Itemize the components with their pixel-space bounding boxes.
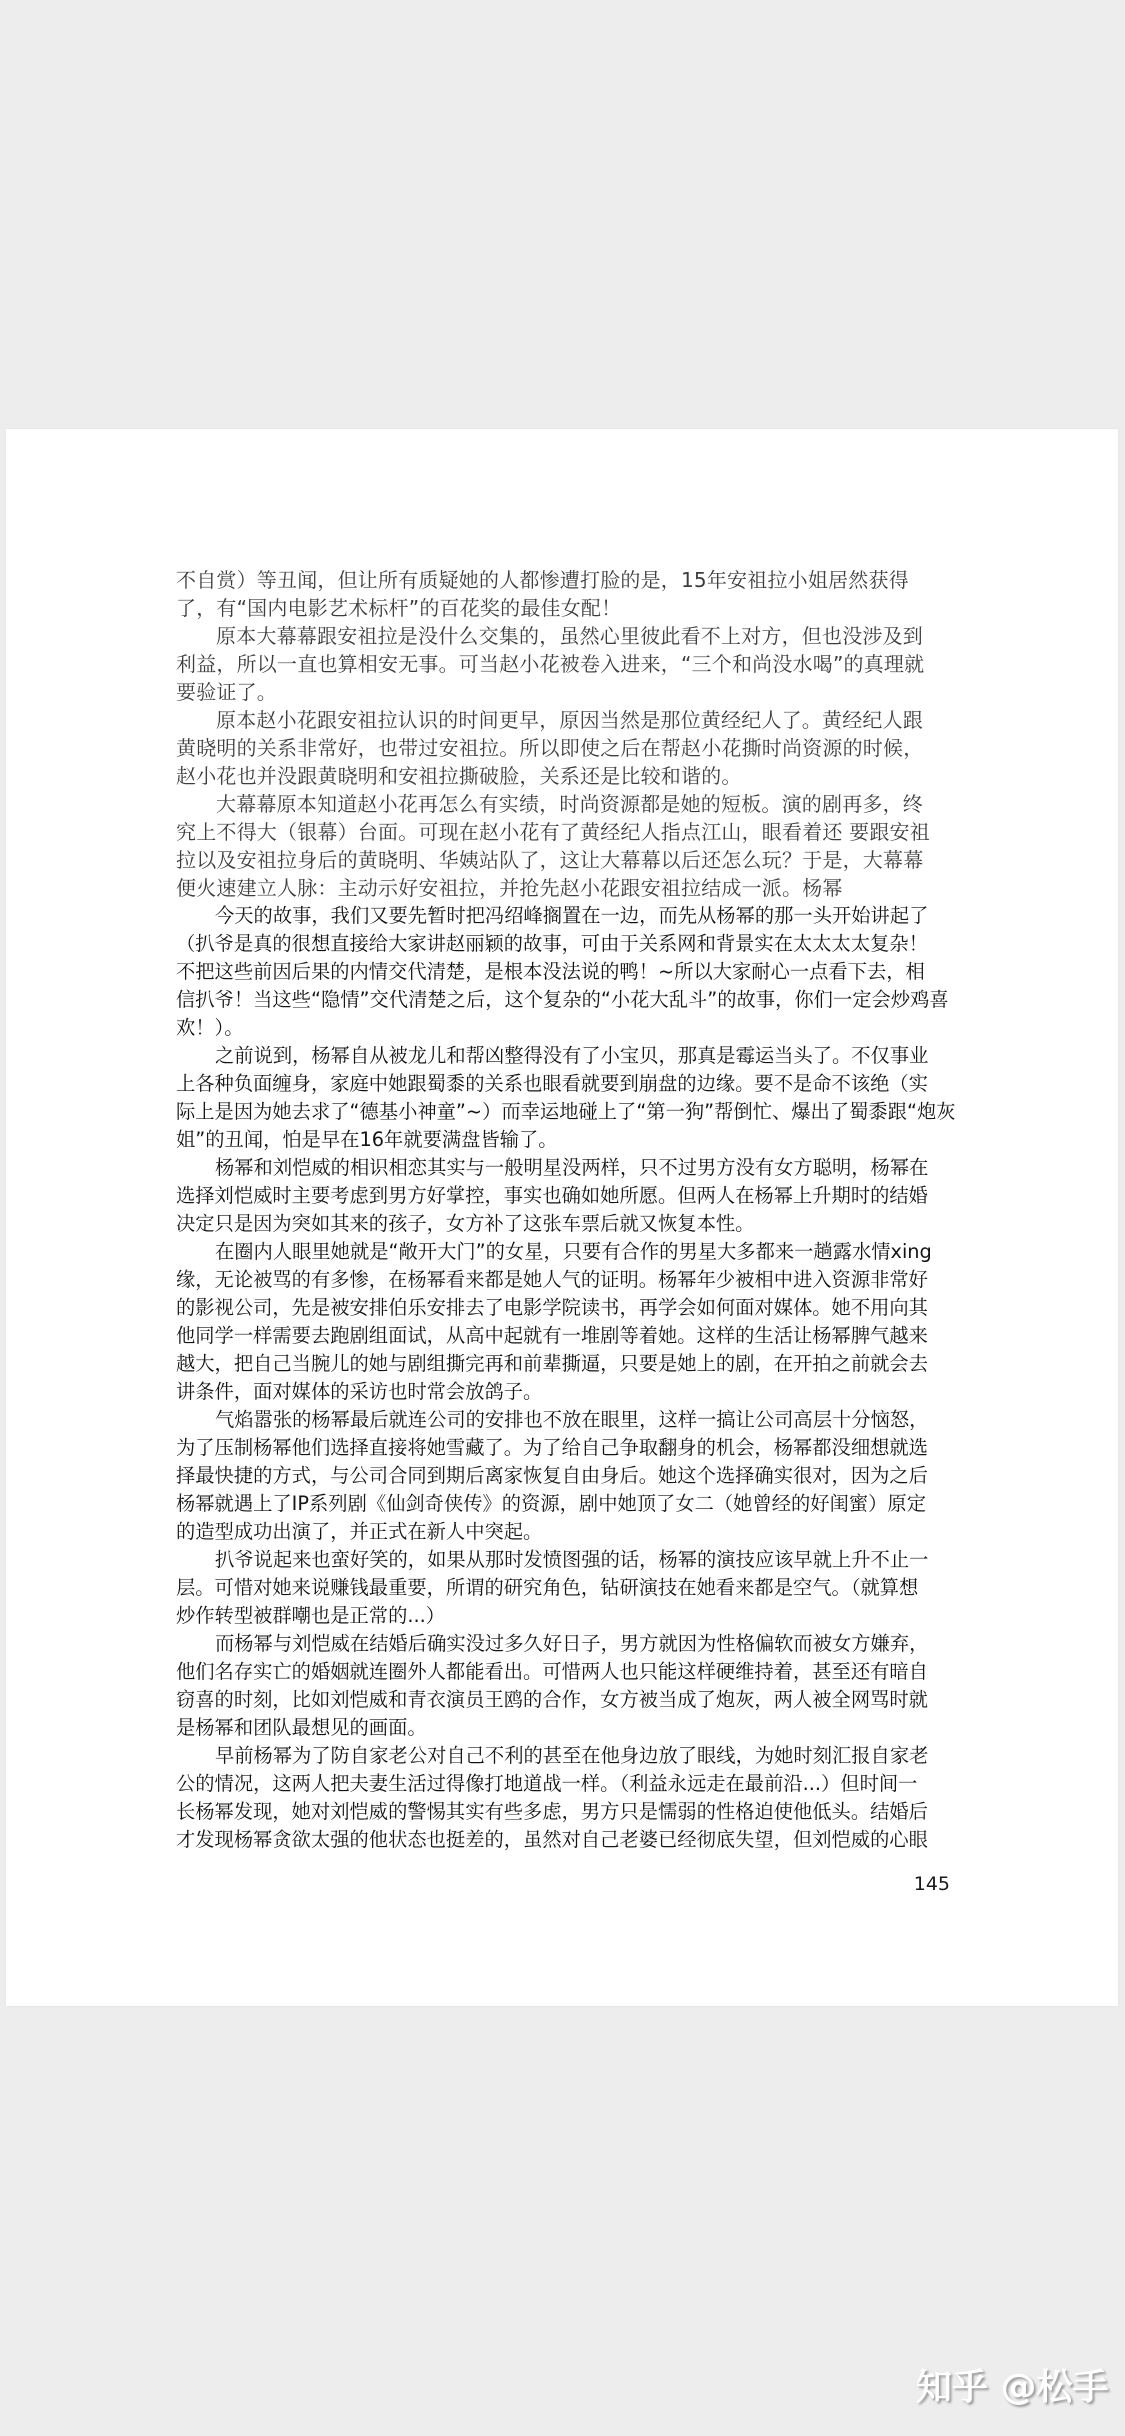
text-line: （扒爷是真的很想直接给大家讲赵丽颖的故事，可由于关系网和背景实在太太太太复杂！ — [176, 930, 976, 958]
text-line: 要验证了。 — [176, 678, 976, 706]
text-line: 的造型成功出演了，并正式在新人中突起。 — [176, 1518, 976, 1546]
text-line: 他们名存实亡的婚姻就连圈外人都能看出。可惜两人也只能这样硬维持着，甚至还有暗自 — [176, 1658, 976, 1686]
text-line: 气焰嚣张的杨幂最后就连公司的安排也不放在眼里，这样一搞让公司高层十分恼怒， — [176, 1406, 976, 1434]
text-line: 不把这些前因后果的内情交代清楚，是根本没法说的鸭！~所以大家耐心一点看下去，相 — [176, 958, 976, 986]
text-line: 欢！）。 — [176, 1014, 976, 1042]
text-line: 姐”的丑闻，怕是早在16年就要满盘皆输了。 — [176, 1126, 976, 1154]
text-line: 杨幂和刘恺威的相识相恋其实与一般明星没两样，只不过男方没有女方聪明，杨幂在 — [176, 1154, 976, 1182]
text-line: 信扒爷！当这些“隐情”交代清楚之后，这个复杂的“小花大乱斗”的故事，你们一定会炒… — [176, 986, 976, 1014]
text-line: 炒作转型被群嘲也是正常的...） — [176, 1602, 976, 1630]
text-line: 早前杨幂为了防自家老公对自己不利的甚至在他身边放了眼线，为她时刻汇报自家老 — [176, 1742, 976, 1770]
text-line: 在圈内人眼里她就是“敞开大门”的女星，只要有合作的男星大多都来一趟露水情xing — [176, 1238, 976, 1266]
page-number: 145 — [914, 1872, 950, 1896]
text-line: 今天的故事，我们又要先暂时把冯绍峰搁置在一边，而先从杨幂的那一头开始讲起了 — [176, 902, 976, 930]
text-line: 原本赵小花跟安祖拉认识的时间更早，原因当然是那位黄经纪人了。黄经纪人跟 — [176, 706, 976, 734]
text-line: 便火速建立人脉：主动示好安祖拉，并抢先赵小花跟安祖拉结成一派。杨幂 — [176, 874, 976, 902]
text-line: 的影视公司，先是被安排伯乐安排去了电影学院读书，再学会如何面对媒体。她不用向其 — [176, 1294, 976, 1322]
text-line: 长杨幂发现，她对刘恺威的警惕其实有些多虑，男方只是懦弱的性格迫使他低头。结婚后 — [176, 1798, 976, 1826]
text-line: 利益，所以一直也算相安无事。可当赵小花被卷入进来，“三个和尚没水喝”的真理就 — [176, 650, 976, 678]
text-section-current: 今天的故事，我们又要先暂时把冯绍峰搁置在一边，而先从杨幂的那一头开始讲起了 （扒… — [176, 902, 976, 1854]
text-section-previous: 不自赏）等丑闻，但让所有质疑她的人都惨遭打脸的是，15年安祖拉小姐居然获得 了，… — [176, 566, 976, 902]
text-line: 不自赏）等丑闻，但让所有质疑她的人都惨遭打脸的是，15年安祖拉小姐居然获得 — [176, 566, 976, 594]
text-line: 际上是因为她去求了“德基小神童”~）而幸运地碰上了“第一狗”帮倒忙、爆出了蜀黍跟… — [176, 1098, 976, 1126]
text-line: 决定只是因为突如其来的孩子，女方补了这张车票后就又恢复本性。 — [176, 1210, 976, 1238]
text-line: 原本大幕幕跟安祖拉是没什么交集的，虽然心里彼此看不上对方，但也没涉及到 — [176, 622, 976, 650]
text-line: 了，有“国内电影艺术标杆”的百花奖的最佳女配！ — [176, 594, 976, 622]
text-line: 之前说到，杨幂自从被龙儿和帮凶整得没有了小宝贝，那真是霉运当头了。不仅事业 — [176, 1042, 976, 1070]
text-line: 上各种负面缠身，家庭中她跟蜀黍的关系也眼看就要到崩盘的边缘。要不是命不该绝（实 — [176, 1070, 976, 1098]
text-line: 选择刘恺威时主要考虑到男方好掌控，事实也确如她所愿。但两人在杨幂上升期时的结婚 — [176, 1182, 976, 1210]
page-body-text: 不自赏）等丑闻，但让所有质疑她的人都惨遭打脸的是，15年安祖拉小姐居然获得 了，… — [176, 566, 976, 1854]
text-line: 越大，把自己当腕儿的她与剧组撕完再和前辈撕逼，只要是她上的剧，在开拍之前就会去 — [176, 1350, 976, 1378]
text-line: 公的情况，这两人把夫妻生活过得像打地道战一样。（利益永远走在最前沿...）但时间… — [176, 1770, 976, 1798]
text-line: 是杨幂和团队最想见的画面。 — [176, 1714, 976, 1742]
text-line: 讲条件，面对媒体的采访也时常会放鸽子。 — [176, 1378, 976, 1406]
text-line: 而杨幂与刘恺威在结婚后确实没过多久好日子，男方就因为性格偏软而被女方嫌弃， — [176, 1630, 976, 1658]
text-line: 黄晓明的关系非常好，也带过安祖拉。所以即使之后在帮赵小花撕时尚资源的时候， — [176, 734, 976, 762]
text-line: 为了压制杨幂他们选择直接将她雪藏了。为了给自己争取翻身的机会，杨幂都没细想就选 — [176, 1434, 976, 1462]
text-line: 拉以及安祖拉身后的黄晓明、华姨站队了，这让大幕幕以后还怎么玩？于是，大幕幕 — [176, 846, 976, 874]
text-line: 他同学一样需要去跑剧组面试，从高中起就有一堆剧等着她。这样的生活让杨幂脾气越来 — [176, 1322, 976, 1350]
text-line: 缘，无论被骂的有多惨，在杨幂看来都是她人气的证明。杨幂年少被相中进入资源非常好 — [176, 1266, 976, 1294]
text-line: 杨幂就遇上了IP系列剧《仙剑奇侠传》的资源，剧中她顶了女二（她曾经的好闺蜜）原定 — [176, 1490, 976, 1518]
text-line: 层。可惜对她来说赚钱最重要，所谓的研究角色，钻研演技在她看来都是空气。（就算想 — [176, 1574, 976, 1602]
text-line: 究上不得大（银幕）台面。可现在赵小花有了黄经纪人指点江山，眼看着还 要跟安祖 — [176, 818, 976, 846]
text-line: 大幕幕原本知道赵小花再怎么有实绩，时尚资源都是她的短板。演的剧再多，终 — [176, 790, 976, 818]
text-line: 扒爷说起来也蛮好笑的，如果从那时发愤图强的话，杨幂的演技应该早就上升不止一 — [176, 1546, 976, 1574]
zhihu-watermark: 知乎 @松手 — [916, 2366, 1109, 2410]
text-line: 窃喜的时刻，比如刘恺威和青衣演员王鸥的合作，女方被当成了炮灰，两人被全网骂时就 — [176, 1686, 976, 1714]
text-line: 择最快捷的方式，与公司合同到期后离家恢复自由身后。她这个选择确实很对，因为之后 — [176, 1462, 976, 1490]
text-line: 赵小花也并没跟黄晓明和安祖拉撕破脸，关系还是比较和谐的。 — [176, 762, 976, 790]
text-line: 才发现杨幂贪欲太强的他状态也挺差的，虽然对自己老婆已经彻底失望，但刘恺威的心眼 — [176, 1826, 976, 1854]
